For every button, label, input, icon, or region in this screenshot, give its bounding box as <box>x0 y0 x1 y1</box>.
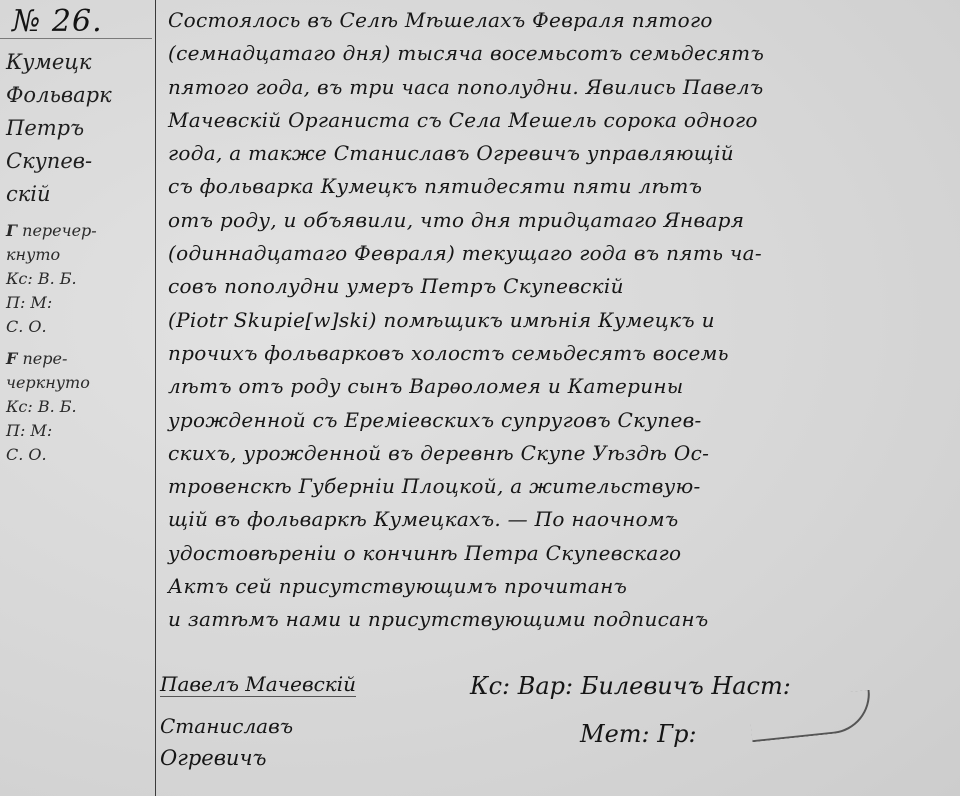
body-line: (семнадцатаго дня) тысяча восемьсотъ сем… <box>168 37 958 70</box>
body-line: лѣтъ отъ роду сынъ Варѳоломея и Катерины <box>168 370 958 403</box>
body-line: отъ роду, и объявили, что дня тридцатаго… <box>168 204 958 237</box>
body-line: урожденной съ Еремiевскихъ супруговъ Ску… <box>168 404 958 437</box>
correction-initials: Кс: В. Б. <box>6 395 152 419</box>
witness-signature-2-last: Огревичъ <box>160 746 267 770</box>
record-number: № 26. <box>12 4 103 39</box>
witness-signature-2-first: Станиславъ <box>160 714 293 738</box>
margin-rule <box>155 0 156 796</box>
correction-initials: П: М: <box>6 291 152 315</box>
correction-initials: Кс: В. Б. <box>6 267 152 291</box>
margin-line: Петръ <box>6 112 152 145</box>
margin-line: Кумецк <box>6 46 152 79</box>
body-line: Состоялось въ Селѣ Мѣшелахъ Февраля пято… <box>168 4 958 37</box>
correction-text: кнуто <box>6 243 152 267</box>
correction-text: перечер- <box>22 221 97 240</box>
correction-mark: Г <box>6 221 17 240</box>
margin-line: скій <box>6 178 152 211</box>
margin-line: Фольварк <box>6 79 152 112</box>
body-line: (Piotr Skupie[w]ski) помѣщикъ имѣнія Кум… <box>168 304 958 337</box>
body-line: прочихъ фольварковъ холостъ семьдесятъ в… <box>168 337 958 370</box>
correction-text: черкнуто <box>6 371 152 395</box>
correction-mark: F <box>6 349 17 368</box>
body-line: скихъ, урожденной въ деревнѣ Скупе Уѣздѣ… <box>168 437 958 470</box>
correction-initials: С. О. <box>6 315 152 339</box>
witness-signature-1: Павелъ Мачевскій <box>160 672 356 697</box>
body-line: и затѣмъ нами и присутствующими подписан… <box>168 603 958 636</box>
body-line: Мачевскій Органиста съ Села Мешель сорок… <box>168 104 958 137</box>
document-page: № 26. Кумецк Фольварк Петръ Скупев- скій… <box>0 0 960 796</box>
record-body: Состоялось въ Селѣ Мѣшелахъ Февраля пято… <box>168 4 958 637</box>
correction-text: пере- <box>22 349 67 368</box>
correction-initials: С. О. <box>6 443 152 467</box>
body-line: (одиннадцатаго Февраля) текущаго года въ… <box>168 237 958 270</box>
body-line: года, а также Станиславъ Огревичъ управл… <box>168 137 958 170</box>
body-line: удостовѣреніи о кончинѣ Петра Скупевскаг… <box>168 537 958 570</box>
signature-block: Павелъ Мачевскій Станиславъ Огревичъ Кс:… <box>160 666 950 796</box>
body-line: Актъ сей присутствующимъ прочитанъ <box>168 570 958 603</box>
body-line: щій въ фольваркѣ Кумецкахъ. — По наочном… <box>168 503 958 536</box>
correction-note-2: F пере- черкнуто Кс: В. Б. П: М: С. О. <box>6 347 152 467</box>
body-line: тровенскѣ Губерніи Плоцкой, а жительству… <box>168 470 958 503</box>
correction-initials: П: М: <box>6 419 152 443</box>
margin-line: Скупев- <box>6 145 152 178</box>
body-line: совъ пополудни умеръ Петръ Скупевскій <box>168 270 958 303</box>
body-line: пятого года, въ три часа пополудни. Явил… <box>168 71 958 104</box>
body-line: съ фольварка Кумецкъ пятидесяти пяти лѣт… <box>168 170 958 203</box>
official-signature: Кс: Вар: Билевичъ Наст: <box>470 672 791 700</box>
official-role: Мет: Гр: <box>580 720 697 748</box>
correction-note-1: Г перечер- кнуто Кс: В. Б. П: М: С. О. <box>6 219 152 339</box>
margin-annotation: Кумецк Фольварк Петръ Скупев- скій Г пер… <box>6 46 152 467</box>
